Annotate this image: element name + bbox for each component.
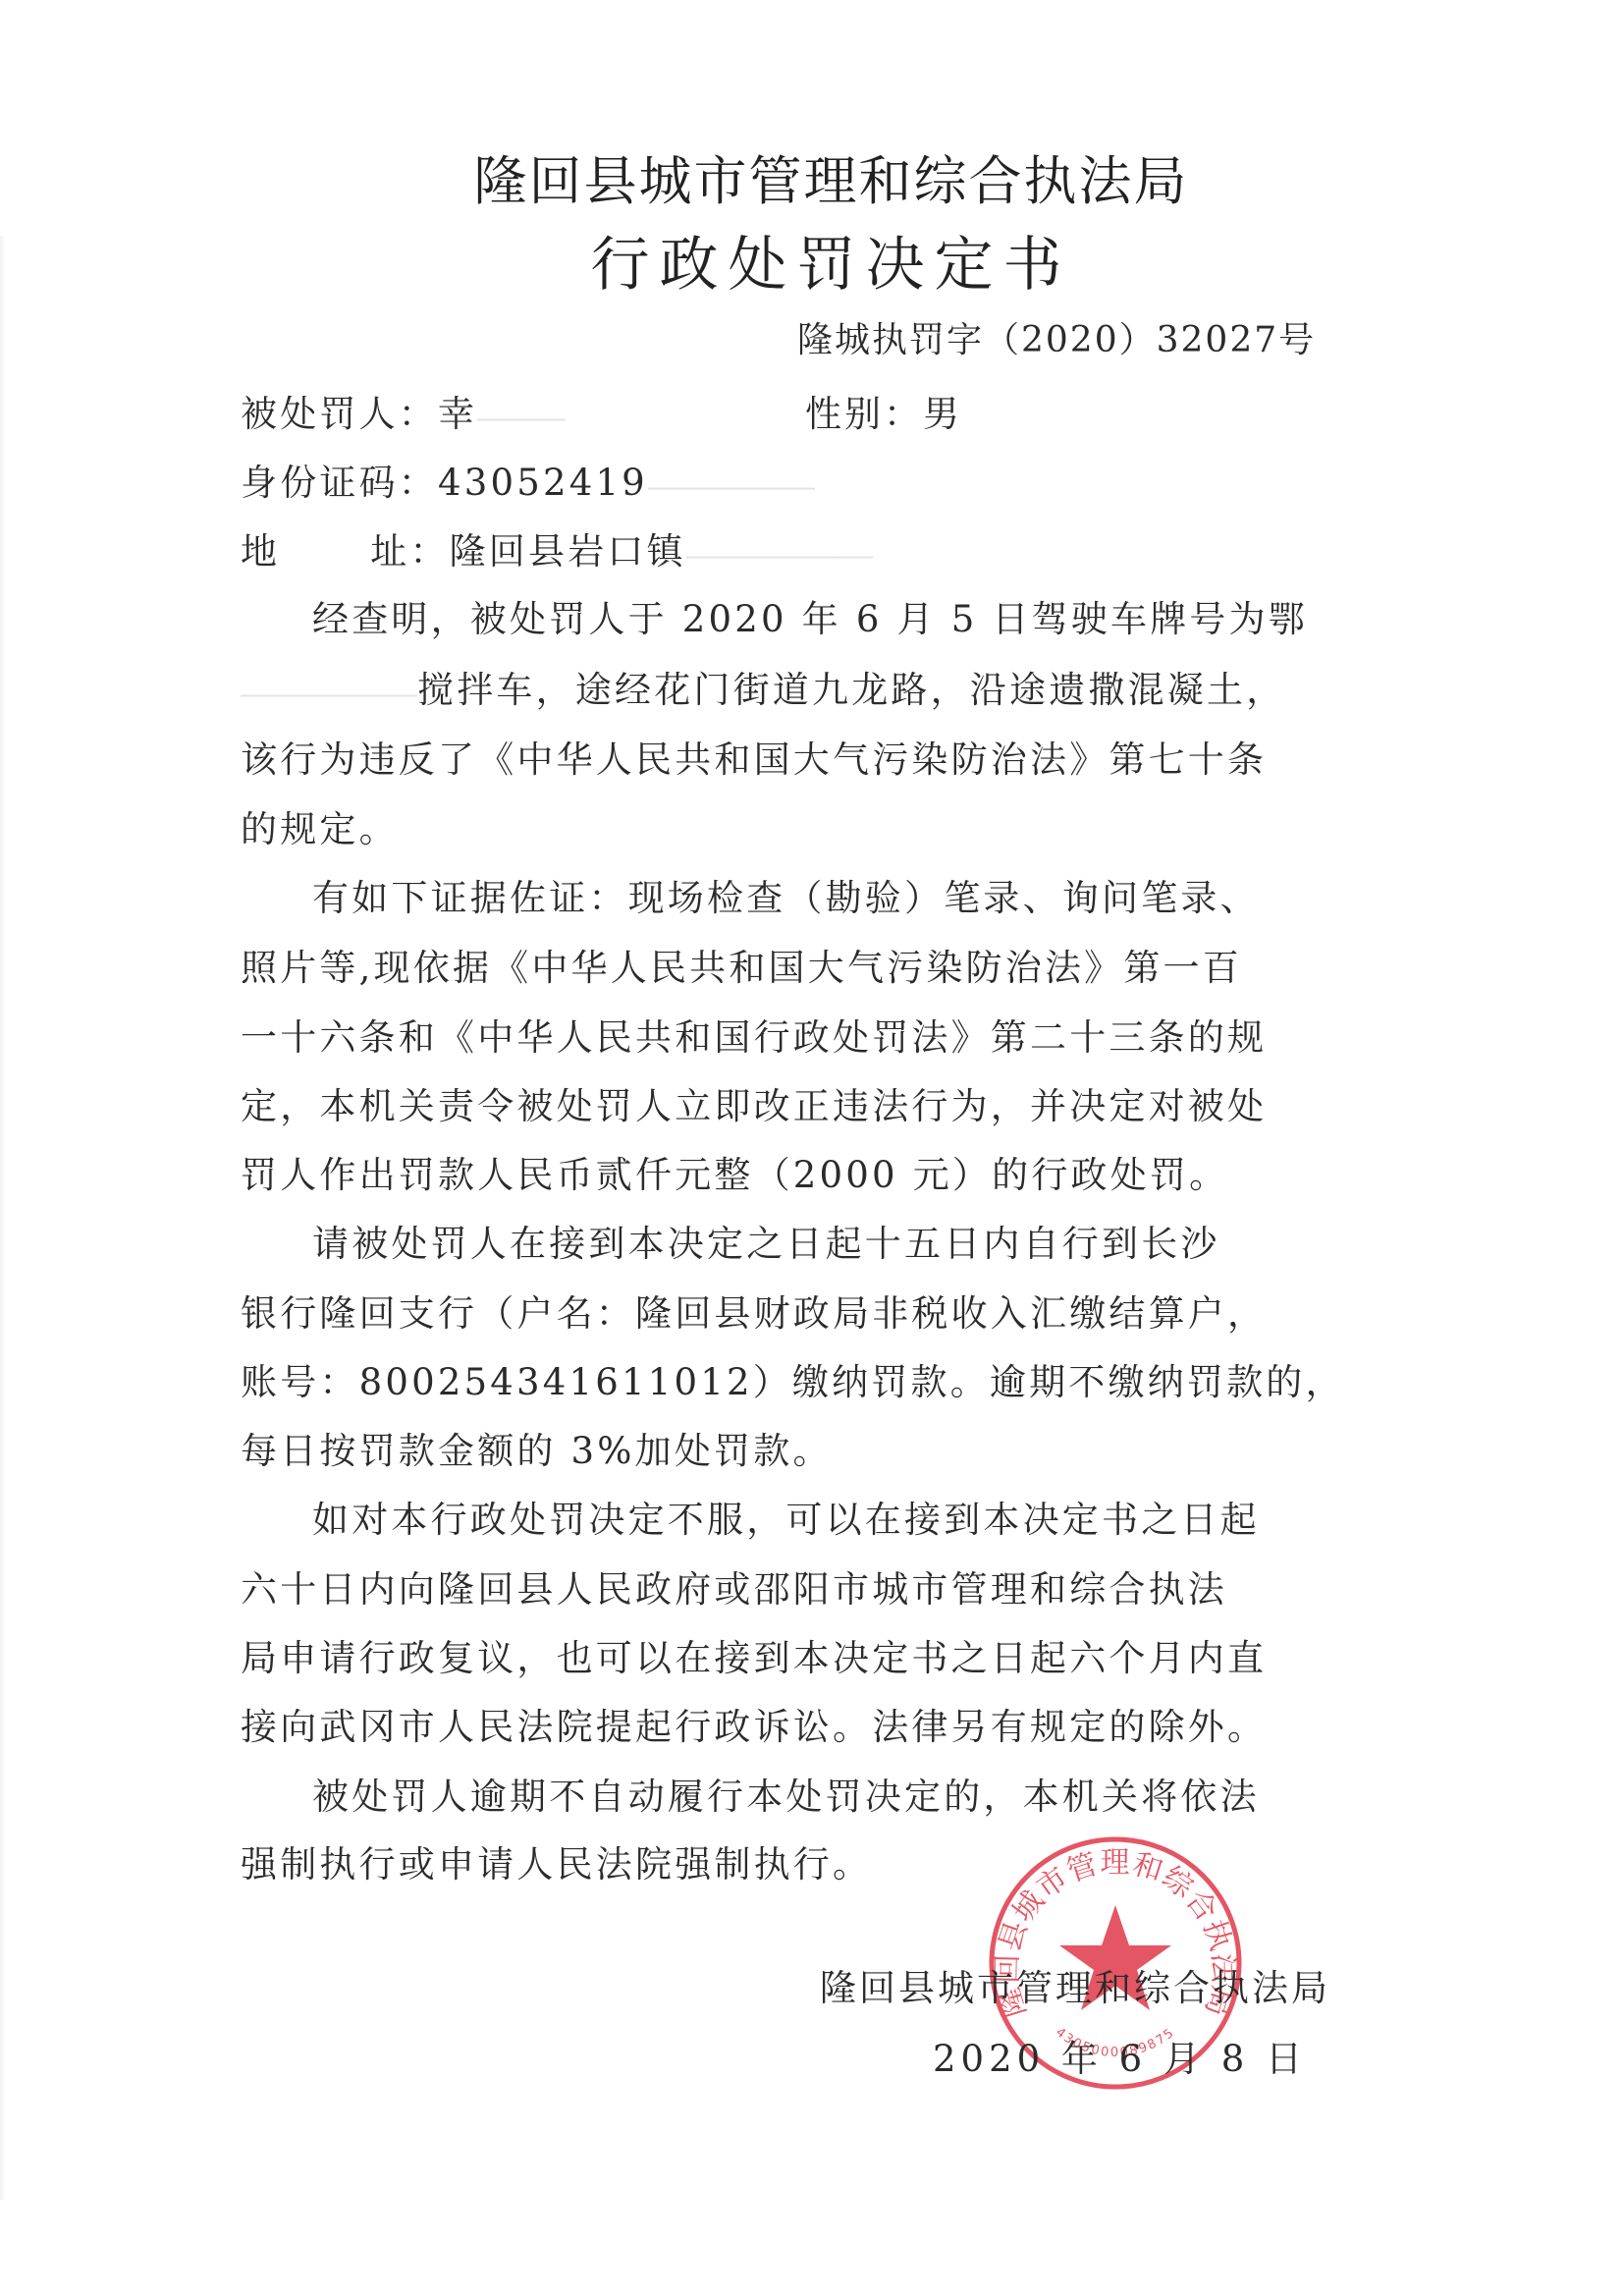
- redacted-plate: [241, 679, 417, 708]
- agency-title: 隆回县城市管理和综合执法局: [0, 147, 1623, 216]
- body-line: 该行为违反了《中华人民共和国大气污染防治法》第七十条: [241, 736, 1267, 785]
- body-line: 被处罚人逾期不自动履行本处罚决定的，本机关将依法: [312, 1773, 1260, 1822]
- body-line: 定，本机关责令被处罚人立即改正违法行为，并决定对被处: [241, 1082, 1267, 1131]
- body-line: 照片等,现依据《中华人民共和国大气污染防治法》第一百: [241, 944, 1242, 993]
- signing-date: 2020 年 6 月 8 日: [933, 2035, 1307, 2084]
- party-id-row: 身份证码：43052419: [241, 459, 815, 508]
- body-line: 强制执行或申请人民法院强制执行。: [241, 1840, 872, 1889]
- body-line: 的规定。: [241, 805, 399, 854]
- address-label-char-2: 址：: [370, 530, 449, 573]
- document-number: 隆城执罚字（2020）32027号: [797, 316, 1316, 365]
- party-name-label: 被处罚人：: [241, 393, 438, 435]
- body-line: 银行隆回支行（户名：隆回县财政局非税收入汇缴结算户，: [241, 1289, 1267, 1339]
- party-name-value: 幸: [438, 393, 477, 435]
- party-gender: 性别：男: [805, 390, 962, 439]
- body-line: 六十日内向隆回县人民政府或邵阳市城市管理和综合执法: [241, 1565, 1227, 1614]
- gender-label: 性别：: [805, 393, 923, 435]
- body-line: 账号：800254341611012）缴纳罚款。逾期不缴纳罚款的，: [241, 1358, 1345, 1407]
- signing-organization: 隆回县城市管理和综合执法局: [820, 1964, 1330, 2013]
- redacted-id: [648, 471, 815, 501]
- party-id-value: 43052419: [438, 462, 648, 504]
- redacted-name: [477, 403, 566, 432]
- body-line: 接向武冈市人民法院提起行政诉讼。法律另有规定的除外。: [241, 1703, 1267, 1752]
- body-line: 罚人作出罚款人民币贰仟元整（2000 元）的行政处罚。: [241, 1151, 1228, 1200]
- body-line: 一十六条和《中华人民共和国行政处罚法》第二十三条的规: [241, 1013, 1267, 1063]
- gender-value: 男: [923, 393, 962, 435]
- party-address-value: 隆回县岩口镇: [450, 530, 686, 573]
- body-line: 每日按罚款金额的 3%加处罚款。: [241, 1427, 833, 1476]
- party-address-row: 地址：隆回县岩口镇: [241, 527, 873, 576]
- address-label-char-1: 地: [241, 530, 280, 573]
- party-name-row: 被处罚人：幸: [241, 390, 566, 439]
- document-page: 隆回县城市管理和综合执法局 行政处罚决定书 隆城执罚字（2020）32027号 …: [0, 0, 1623, 2296]
- redacted-address: [686, 540, 873, 570]
- party-id-label: 身份证码：: [241, 462, 438, 504]
- body-line: 局申请行政复议，也可以在接到本决定书之日起六个月内直: [241, 1634, 1267, 1683]
- body-line: 请被处罚人在接到本决定之日起十五日内自行到长沙: [312, 1220, 1220, 1269]
- body-line: 经查明，被处罚人于 2020 年 6 月 5 日驾驶车牌号为鄂: [312, 595, 1308, 644]
- body-line: 有如下证据佐证：现场检查（勘验）笔录、询问笔录、: [312, 874, 1260, 923]
- scan-edge-shadow: [0, 236, 6, 2200]
- document-title: 行政处罚决定书: [0, 228, 1623, 302]
- body-line: 搅拌车，途经花门街道九龙路，沿途遗撒混凝土，: [241, 666, 1285, 715]
- body-line: 如对本行政处罚决定不服，可以在接到本决定书之日起: [312, 1496, 1260, 1545]
